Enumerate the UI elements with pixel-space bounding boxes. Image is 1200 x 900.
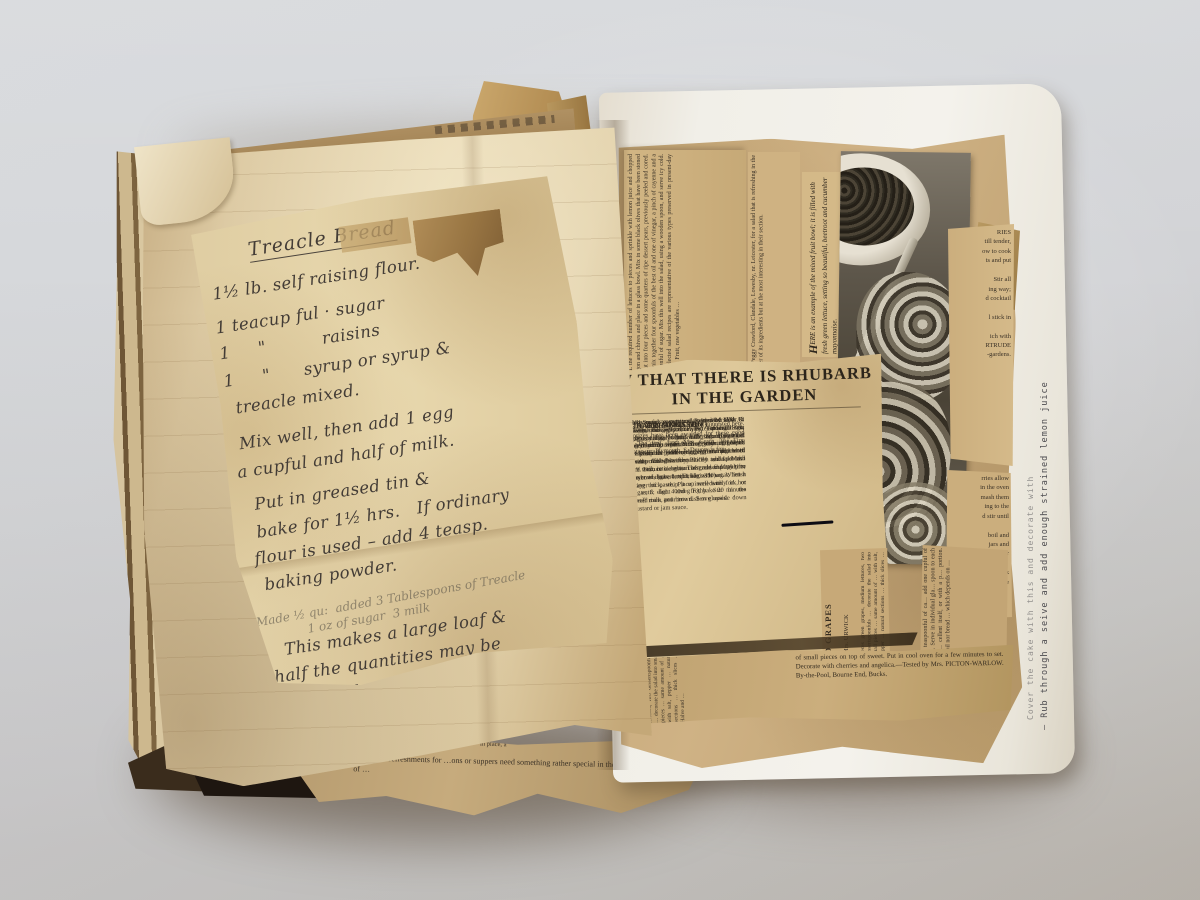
typed-recipe-edge-line-2: Cover the cake with this and decorate wi…: [1026, 330, 1038, 720]
recipe-mousse-text: This old Sussex sweet is suggested by Mi…: [618, 416, 746, 482]
bottom-clipping-strip: pieces green grapes, medium lettuces, tw…: [635, 645, 1014, 726]
mini-sideways-columns: pieces green grapes, medium lettuces, tw…: [639, 651, 790, 724]
picton-warlow-text: of small pieces on top of sweet. Put in …: [795, 651, 1004, 719]
salad-photo-caption: HERE is an example of the mixed fruit bo…: [802, 172, 842, 357]
salad-clipping-sideways-text: PULL the required number of lettuces to …: [624, 150, 746, 386]
photo-of-open-scrapbook: in place, a BUFFET refreshments for …ons…: [0, 0, 1200, 900]
recipe-line: 1½ lb. self raising flour.: [211, 254, 421, 304]
salad-clipping-byline: Miss Peggy Crawford, Clandale, Lowesby, …: [748, 152, 800, 380]
typed-recipe-edge-line-1: — Rub through a seive and add enough str…: [1040, 300, 1056, 730]
clipping-fragment-column: RIES till tender, ow to cook ts and put …: [948, 224, 1014, 466]
